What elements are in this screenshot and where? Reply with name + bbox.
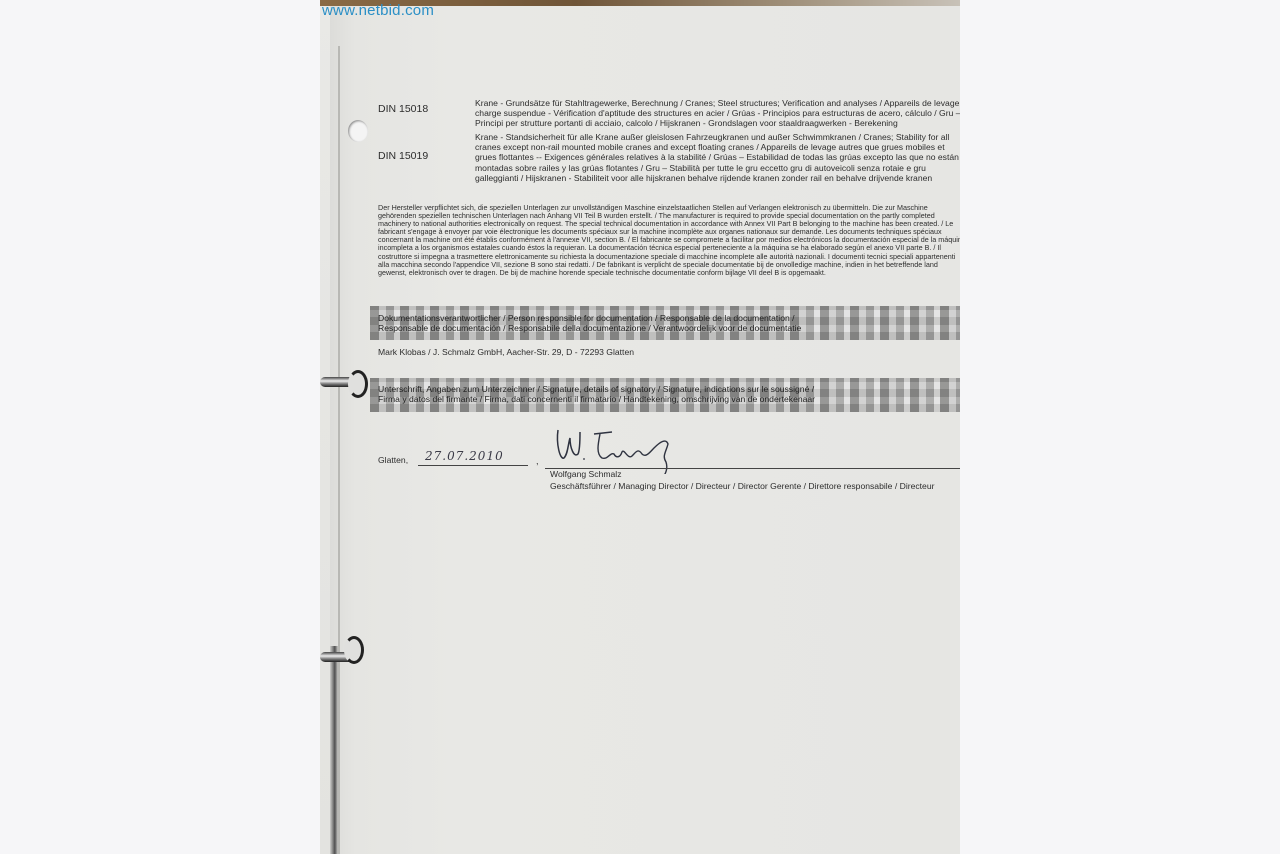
date-line bbox=[418, 465, 528, 466]
punch-hole-icon bbox=[348, 120, 368, 142]
obligation-paragraph: Der Hersteller verpflichtet sich, die sp… bbox=[378, 204, 960, 277]
documentation-responsible-value: Mark Klobas / J. Schmalz GmbH, Aacher-St… bbox=[378, 347, 634, 357]
signer-title: Geschäftsführer / Managing Director / Di… bbox=[550, 481, 934, 491]
handwritten-signature-icon bbox=[550, 424, 700, 474]
din-code-2: DIN 15019 bbox=[378, 150, 428, 162]
signature-place: Glatten, bbox=[378, 455, 408, 465]
binder-ring-clasp-icon bbox=[344, 636, 364, 664]
signatory-label-line1: Unterschrift, Angaben zum Unterzeichner … bbox=[378, 384, 814, 394]
din-code-1: DIN 15018 bbox=[378, 103, 428, 115]
signer-name: Wolfgang Schmalz bbox=[550, 469, 622, 479]
watermark-link[interactable]: www.netbid.com bbox=[322, 2, 434, 19]
documentation-label-line1: Dokumentationsverantwortlicher / Person … bbox=[378, 313, 795, 323]
din-description-1: Krane - Grundsätze für Stahltragewerke, … bbox=[475, 98, 960, 129]
document-page: DIN 15018 Krane - Grundsätze für Stahltr… bbox=[330, 6, 960, 854]
document-photo: DIN 15018 Krane - Grundsätze für Stahltr… bbox=[320, 0, 960, 854]
binder-ring-clasp-icon bbox=[348, 370, 368, 398]
documentation-label-line2: Responsable de documentación / Responsab… bbox=[378, 323, 801, 333]
din-description-2: Krane - Standsicherheit für alle Krane a… bbox=[475, 132, 960, 183]
separator-comma: , bbox=[536, 456, 539, 466]
handwritten-date: 27.07.2010 bbox=[425, 449, 504, 463]
binder-edge bbox=[330, 646, 338, 854]
signatory-label-line2: Firma y datos del firmante / Firma, dati… bbox=[378, 394, 815, 404]
binder-margin-line bbox=[338, 46, 340, 854]
